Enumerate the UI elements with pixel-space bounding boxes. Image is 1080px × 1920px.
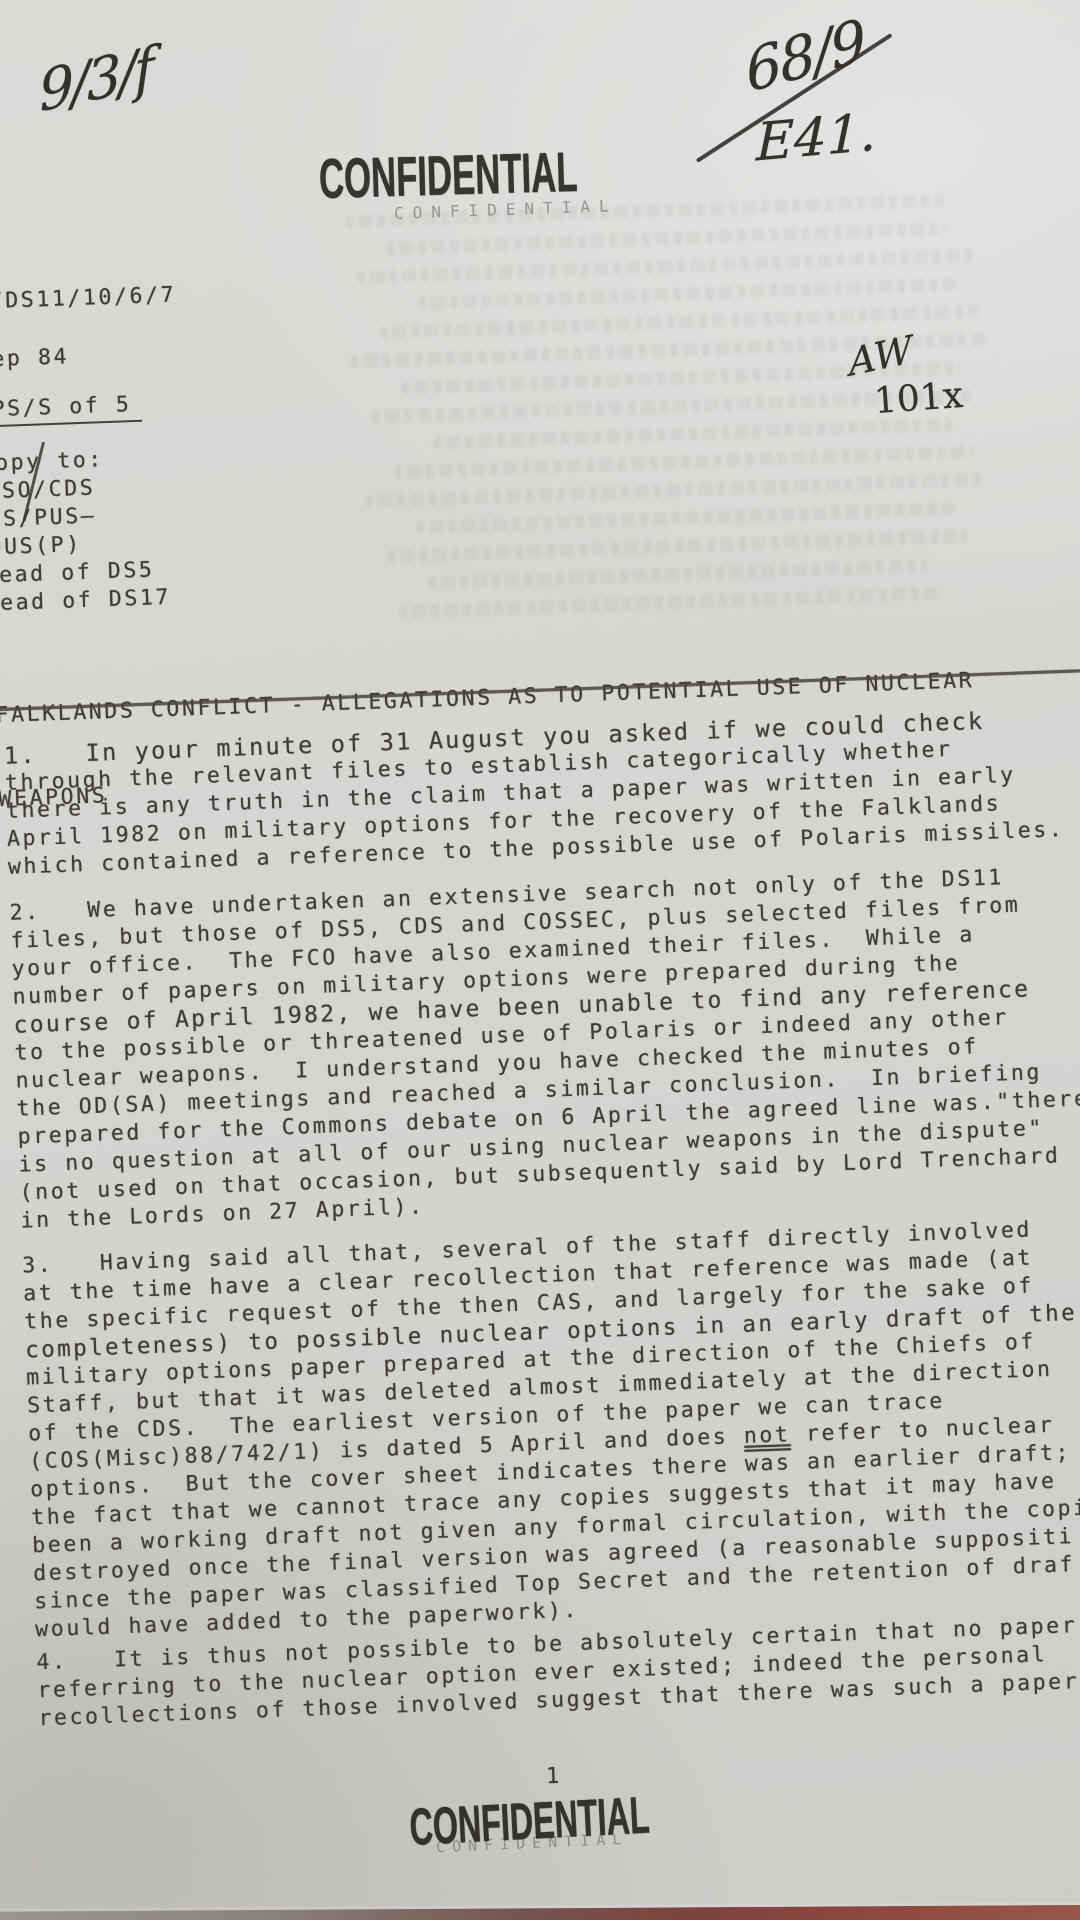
handwritten-copies-note: 101x bbox=[873, 375, 965, 422]
bleed-through-smudge bbox=[433, 418, 953, 450]
document-header: /DS11/10/6/7 Sep 84 PS/S of 5 Copy to: P… bbox=[0, 286, 60, 596]
confidential-stamp-bottom: CONFIDENTIAL bbox=[408, 1785, 651, 1857]
date: Sep 84 bbox=[0, 343, 70, 374]
sender-reference: PS/S of 5 bbox=[0, 391, 142, 427]
text-segment: was bbox=[744, 1450, 792, 1477]
paper: /DS11/10/6/7 Sep 84 PS/S of 5 Copy to: P… bbox=[0, 0, 1080, 1920]
bleed-through-smudge bbox=[357, 249, 977, 284]
confidential-stamp-top: CONFIDENTIAL bbox=[318, 139, 578, 211]
bleed-through-smudge bbox=[399, 586, 939, 618]
copy-to-item: PSO/CDS bbox=[0, 474, 96, 506]
text-segment: not bbox=[743, 1422, 791, 1449]
bleed-through-smudge bbox=[386, 222, 946, 255]
scanned-document-page: { "page": { "annotations": { "top_left_m… bbox=[0, 0, 1080, 1920]
bleed-through-smudge bbox=[418, 277, 958, 309]
paragraph-2: 2. We have undertaken an extensive searc… bbox=[9, 859, 1080, 1235]
bleed-through-smudge bbox=[387, 529, 967, 563]
bleed-through-smudge bbox=[365, 473, 985, 508]
paragraph-3: 3. Having said all that, several of the … bbox=[22, 1212, 1080, 1644]
page-number: 1 bbox=[546, 1764, 560, 1789]
reference-number: /DS11/10/6/7 bbox=[0, 281, 177, 316]
copy-to-item: DUS(P) bbox=[0, 531, 82, 562]
copy-to-item: PS/PUS— bbox=[0, 502, 97, 534]
bleed-through-smudge bbox=[428, 559, 928, 590]
folio-number: E41. bbox=[756, 103, 877, 174]
bleed-through-smudge bbox=[394, 445, 974, 479]
bleed-through-smudge bbox=[416, 502, 956, 534]
copy-to-item: Head of DS17 bbox=[0, 584, 171, 619]
